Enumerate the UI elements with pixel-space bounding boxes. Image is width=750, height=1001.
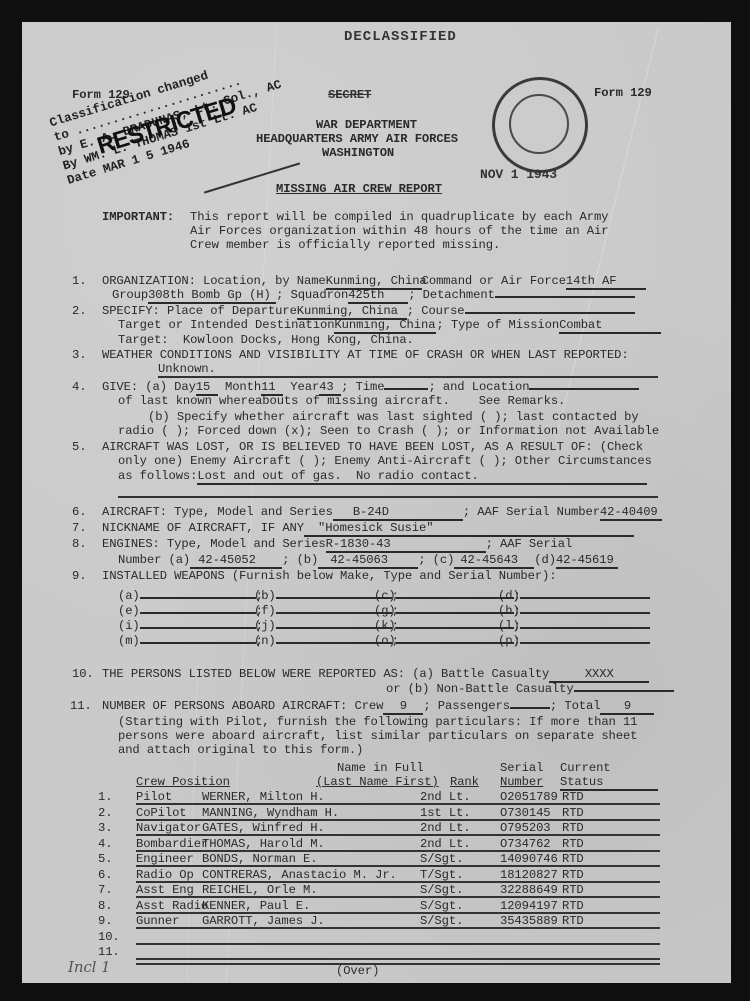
engine-c-field[interactable]: 42-45643 <box>454 553 534 569</box>
passengers-field[interactable] <box>510 707 550 709</box>
crew-number: 5. <box>98 852 112 866</box>
crew-serial[interactable]: O2051789 <box>500 790 558 804</box>
crew-rank[interactable]: S/Sgt. <box>420 883 463 897</box>
weapon-field[interactable] <box>140 600 256 614</box>
over-label: (Over) <box>336 964 379 978</box>
item-number: 3. <box>72 348 86 362</box>
crew-number: 11. <box>98 945 120 959</box>
crew-serial[interactable]: 35435889 <box>500 914 558 928</box>
received-seal <box>492 77 588 173</box>
crew-name[interactable]: THOMAS, Harold M. <box>202 837 325 851</box>
received-date-stamp: NOV 1 1943 <box>480 168 557 182</box>
dept-line-2: HEADQUARTERS ARMY AIR FORCES <box>256 132 458 146</box>
handwritten-note: Incl 1 <box>68 960 111 974</box>
crew-name[interactable]: MANNING, Wyndham H. <box>202 806 339 820</box>
course-field[interactable] <box>465 312 635 314</box>
crew-number: 1. <box>98 790 112 804</box>
time-label: ; Time <box>341 380 384 394</box>
row-underline <box>136 943 660 945</box>
group-field[interactable]: 308th Bomb Gp (H) <box>148 288 276 304</box>
battle-casualty-field[interactable]: XXXX <box>549 667 649 683</box>
destination-field[interactable]: Kunming, China <box>334 318 436 334</box>
nickname-label: NICKNAME OF AIRCRAFT, IF ANY <box>102 521 304 535</box>
circumstances-field[interactable]: Lost and out of gas. No radio contact. <box>197 469 647 485</box>
weapon-slot-label: (m) <box>118 634 140 648</box>
departure-label: Place of Departure <box>167 304 297 318</box>
table-bottom-rule <box>136 963 660 965</box>
aboard-note: (Starting with Pilot, furnish the follow… <box>118 715 637 729</box>
number-label: Number (a) <box>118 553 190 567</box>
crew-name[interactable]: KENNER, Paul E. <box>202 899 310 913</box>
aboard-label: NUMBER OF PERSONS ABOARD AIRCRAFT: Crew <box>102 699 383 713</box>
crew-position[interactable]: Radio Op <box>136 868 194 882</box>
page-title: MISSING AIR CREW REPORT <box>276 182 442 196</box>
engines-line: ENGINES: Type, Model and SeriesR-1830-43… <box>102 537 572 553</box>
engine-a-field[interactable]: 42-45052 <box>190 553 282 569</box>
command-label: Command or Air Force <box>422 274 566 288</box>
non-battle-field[interactable] <box>574 690 674 692</box>
time-field[interactable] <box>384 388 428 390</box>
location-label: Location, by Name <box>203 274 326 288</box>
total-label: ; Total <box>550 699 601 713</box>
c-label: ; (c) <box>418 553 454 567</box>
declassified-stamp: DECLASSIFIED <box>344 30 457 44</box>
crew-position[interactable]: Asst Eng <box>136 883 194 897</box>
course-label: ; Course <box>407 304 465 318</box>
lost-line: AIRCRAFT WAS LOST, OR IS BELIEVED TO HAV… <box>102 440 643 454</box>
crew-position[interactable]: Asst Radio <box>136 899 208 913</box>
give-label: GIVE: (a) Day <box>102 380 196 394</box>
destination-label: Target or Intended Destination <box>118 318 334 332</box>
whereabouts-label: of last known whereabouts of missing air… <box>118 394 450 408</box>
crew-status[interactable]: RTD <box>562 883 584 897</box>
crew-rank[interactable]: S/Sgt. <box>420 852 463 866</box>
rank-header: Rank <box>450 775 479 789</box>
crew-number: 7. <box>98 883 112 897</box>
crew-status[interactable]: RTD <box>562 899 584 913</box>
dept-line-1: WAR DEPARTMENT <box>316 118 417 132</box>
crew-serial[interactable]: 14090746 <box>500 852 558 866</box>
crew-rank[interactable]: T/Sgt. <box>420 868 463 882</box>
weapon-field[interactable] <box>520 600 650 614</box>
mission-field[interactable]: Combat <box>559 318 661 334</box>
mission-label: ; Type of Mission <box>436 318 559 332</box>
engine-b-field[interactable]: 42-45063 <box>318 553 418 569</box>
crew-number: 2. <box>98 806 112 820</box>
remarks-value: See Remarks. <box>479 394 566 408</box>
crew-serial[interactable]: 12094197 <box>500 899 558 913</box>
destination-line: Target or Intended DestinationKunming, C… <box>118 318 661 334</box>
item-number: 9. <box>72 569 86 583</box>
crew-position[interactable]: CoPilot <box>136 806 187 820</box>
weapon-field[interactable] <box>396 585 514 599</box>
struck-classification: SECRET <box>328 88 371 102</box>
serial-header: Number <box>500 775 543 789</box>
weapon-field[interactable] <box>520 615 650 629</box>
important-label: IMPORTANT: <box>102 210 174 224</box>
form-number-right: Form 129 <box>594 86 652 100</box>
crew-status[interactable]: RTD <box>562 821 584 835</box>
weather-field[interactable]: Unknown. <box>158 362 216 376</box>
item-number: 1. <box>72 274 86 288</box>
crew-status[interactable]: RTD <box>562 790 584 804</box>
important-line: Air Forces organization within 48 hours … <box>190 224 608 238</box>
crew-name[interactable]: GATES, Winfred H. <box>202 821 325 835</box>
crew-status[interactable]: RTD <box>562 837 584 851</box>
engine-d-field[interactable]: 42-45619 <box>556 553 618 569</box>
important-line: Crew member is officially reported missi… <box>190 238 500 252</box>
crew-number: 9. <box>98 914 112 928</box>
group-line: Group308th Bomb Gp (H); Squadron425th; D… <box>112 288 635 304</box>
blank-line <box>118 496 658 498</box>
crew-rank[interactable]: 2nd Lt. <box>420 821 471 835</box>
engine-type-field[interactable]: R-1830-43 <box>326 537 486 553</box>
position-header: Crew Position <box>136 775 230 789</box>
crew-serial[interactable]: 18120827 <box>500 868 558 882</box>
engines-label: ENGINES: Type, Model and Series <box>102 537 326 551</box>
aboard-note: and attach original to this form.) <box>118 743 363 757</box>
weapon-field[interactable] <box>140 585 256 599</box>
crew-name[interactable]: BONDS, Norman E. <box>202 852 317 866</box>
squadron-label: ; Squadron <box>276 288 348 302</box>
weapon-slot[interactable]: (p) <box>498 630 650 648</box>
crew-name[interactable]: CONTRERAS, Anastacio M. Jr. <box>202 868 397 882</box>
crew-status[interactable]: RTD <box>562 868 584 882</box>
weapon-field[interactable] <box>396 600 514 614</box>
name-header-top: Name in Full <box>337 761 424 775</box>
crew-name[interactable]: WERNER, Milton H. <box>202 790 325 804</box>
item-number: 10. <box>72 667 94 681</box>
aircraft-type-field[interactable]: B-24D <box>333 505 463 521</box>
as-follows-label: as follows: <box>118 469 197 483</box>
item-number: 7. <box>72 521 86 535</box>
item-number: 8. <box>72 537 86 551</box>
crew-name[interactable]: GARROTT, James J. <box>202 914 325 928</box>
weapon-field[interactable] <box>140 630 256 644</box>
crew-number: 10. <box>98 930 120 944</box>
weapon-slot-label: (o) <box>374 634 396 648</box>
crew-status[interactable]: RTD <box>562 806 584 820</box>
crew-position[interactable]: Bombardier <box>136 837 208 851</box>
year-label: Year <box>290 380 319 394</box>
engine-serial-label: ; AAF Serial <box>486 537 573 551</box>
row-underline <box>136 927 660 929</box>
passengers-label: ; Passengers <box>423 699 510 713</box>
weather-field-line <box>158 376 658 378</box>
org-label: ORGANIZATION: <box>102 274 196 288</box>
serial-label: ; AAF Serial Number <box>463 505 600 519</box>
detachment-field[interactable] <box>495 296 635 298</box>
squadron-field[interactable]: 425th <box>348 288 408 304</box>
weather-label: WEATHER CONDITIONS AND VISIBILITY AT TIM… <box>102 348 629 362</box>
nickname-field[interactable]: "Homesick Susie" <box>304 521 634 537</box>
status-header-text: Status <box>560 775 658 791</box>
weapon-field[interactable] <box>396 615 514 629</box>
aboard-note: persons were aboard aircraft, list simil… <box>118 729 637 743</box>
lost-line: only one) Enemy Aircraft ( ); Enemy Anti… <box>118 454 652 468</box>
item-number: 11. <box>70 699 92 713</box>
total-field[interactable]: 9 <box>600 699 654 715</box>
crew-serial[interactable]: O730145 <box>500 806 551 820</box>
crew-position[interactable]: Gunner <box>136 914 179 928</box>
crew-number: 3. <box>98 821 112 835</box>
crew-number: 6. <box>98 868 112 882</box>
crew-serial[interactable]: O795203 <box>500 821 551 835</box>
document-page: Form 129 Form 129 DECLASSIFIED SECRET WA… <box>22 22 731 983</box>
crew-status[interactable]: RTD <box>562 852 584 866</box>
month-label: Month <box>225 380 261 394</box>
aircraft-label: AIRCRAFT: Type, Model and Series <box>102 505 333 519</box>
non-battle-line: or (b) Non-Battle Casualty <box>386 682 674 696</box>
weapon-field[interactable] <box>520 630 650 644</box>
crew-serial[interactable]: 32288649 <box>500 883 558 897</box>
b-label: ; (b) <box>282 553 318 567</box>
crew-rank[interactable]: 1st Lt. <box>420 806 471 820</box>
casualty-label: THE PERSONS LISTED BELOW WERE REPORTED A… <box>102 667 549 681</box>
aboard-line: NUMBER OF PERSONS ABOARD AIRCRAFT: Crew9… <box>102 699 654 715</box>
crew-rank[interactable]: 2nd Lt. <box>420 790 471 804</box>
sighting-line: radio ( ); Forced down (x); Seen to Cras… <box>118 424 659 438</box>
crew-position[interactable]: Engineer <box>136 852 194 866</box>
specify-label: SPECIFY: <box>102 304 160 318</box>
crew-rank[interactable]: S/Sgt. <box>420 899 463 913</box>
weapon-slot-label: (n) <box>254 634 276 648</box>
weapon-field[interactable] <box>140 615 256 629</box>
item-number: 6. <box>72 505 86 519</box>
nickname-line: NICKNAME OF AIRCRAFT, IF ANY"Homesick Su… <box>102 521 634 537</box>
row-underline <box>136 958 660 960</box>
crew-rank[interactable]: 2nd Lt. <box>420 837 471 851</box>
crew-count-field[interactable]: 9 <box>383 699 423 715</box>
weapon-slot[interactable]: (m); <box>118 630 263 648</box>
weapon-field[interactable] <box>520 585 650 599</box>
non-battle-label: or (b) Non-Battle Casualty <box>386 682 574 696</box>
crew-number: 4. <box>98 837 112 851</box>
crew-position[interactable]: Navigator <box>136 821 201 835</box>
d-label: (d) <box>534 553 556 567</box>
item-number: 2. <box>72 304 86 318</box>
serial-header-top: Serial <box>500 761 543 775</box>
name-header: (Last Name First) <box>316 775 439 789</box>
item-number: 5. <box>72 440 86 454</box>
casualty-line: THE PERSONS LISTED BELOW WERE REPORTED A… <box>102 667 649 683</box>
item-number: 4. <box>72 380 86 394</box>
location-label: ; and Location <box>428 380 529 394</box>
aircraft-line: AIRCRAFT: Type, Model and SeriesB-24D; A… <box>102 505 662 521</box>
crew-position[interactable]: Pilot <box>136 790 172 804</box>
crew-rank[interactable]: S/Sgt. <box>420 914 463 928</box>
aircraft-serial-field[interactable]: 42-40409 <box>600 505 662 521</box>
sighting-line: (b) Specify whether aircraft was last si… <box>148 410 639 424</box>
target-line: Target: Kowloon Docks, Hong Kong, China. <box>118 333 414 347</box>
lost-circumstances: as follows:Lost and out of gas. No radio… <box>118 469 647 485</box>
dept-line-3: WASHINGTON <box>322 146 394 160</box>
important-line: This report will be compiled in quadrupl… <box>190 210 608 224</box>
status-header-top: Current <box>560 761 611 775</box>
engine-serials-line: Number (a)42-45052; (b)42-45063; (c)42-4… <box>118 553 618 569</box>
whereabouts-line: of last known whereabouts of missing air… <box>118 394 565 408</box>
crew-status[interactable]: RTD <box>562 914 584 928</box>
crew-name[interactable]: REICHEL, Orle M. <box>202 883 317 897</box>
weapon-field[interactable] <box>396 630 514 644</box>
detachment-label: ; Detachment <box>408 288 495 302</box>
crew-number: 8. <box>98 899 112 913</box>
weapons-label: INSTALLED WEAPONS (Furnish below Make, T… <box>102 569 556 583</box>
weapon-slot-label: (p) <box>498 634 520 648</box>
crew-serial[interactable]: O734762 <box>500 837 551 851</box>
group-label: Group <box>112 288 148 302</box>
status-header: Status <box>560 775 658 791</box>
